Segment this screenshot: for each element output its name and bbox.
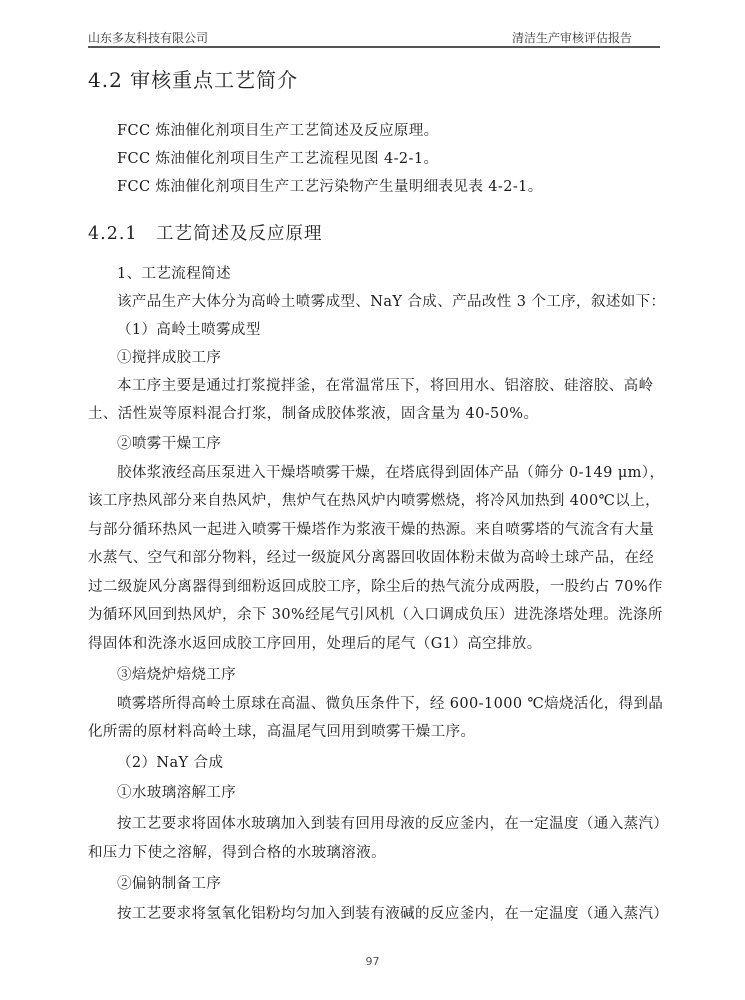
intro-line: FCC 炼油催化剂项目生产工艺简述及反应原理。 bbox=[117, 119, 439, 140]
intro-line: FCC 炼油催化剂项目生产工艺流程见图 4-2-1。 bbox=[117, 147, 438, 168]
paragraph-line: 和压力下使之溶解，得到合格的水玻璃溶液。 bbox=[88, 841, 386, 862]
paragraph-line: 水蒸气、空气和部分物料，经过一级旋风分离器回收固体粉末做为高岭土球产品，在经 bbox=[88, 546, 654, 567]
paragraph-line: 本工序主要是通过打浆搅拌釜，在常温常压下，将回用水、铝溶胶、硅溶胶、高岭 bbox=[117, 374, 653, 395]
paragraph-line: 该产品生产大体分为高岭土喷雾成型、NaY 合成、产品改性 3 个工序，叙述如下： bbox=[117, 290, 665, 311]
paragraph-line: （2）NaY 合成 bbox=[117, 751, 223, 772]
paragraph-line: ②喷雾干燥工序 bbox=[117, 432, 221, 453]
section-title: 4.2 审核重点工艺简介 bbox=[88, 64, 298, 93]
paragraph-line: ①搅拌成胶工序 bbox=[117, 346, 221, 367]
paragraph-line: 1、工艺流程简述 bbox=[117, 262, 231, 283]
page-header: 山东多友科技有限公司 清洁生产审核评估报告 bbox=[88, 28, 660, 48]
paragraph-line: 按工艺要求将固体水玻璃加入到装有回用母液的反应釜内，在一定温度（通入蒸汽） bbox=[117, 812, 668, 833]
paragraph-line: 喷雾塔所得高岭土原球在高温、微负压条件下，经 600-1000 ℃焙烧活化，得到… bbox=[117, 692, 663, 713]
paragraph-line: 按工艺要求将氢氧化铝粉均匀加入到装有液碱的反应釜内，在一定温度（通入蒸汽） bbox=[117, 902, 668, 923]
intro-line: FCC 炼油催化剂项目生产工艺污染物产生量明细表见表 4-2-1。 bbox=[117, 175, 543, 196]
paragraph-line: ①水玻璃溶解工序 bbox=[117, 781, 236, 802]
paragraph-line: 过二级旋风分离器得到细粉返回成胶工序，除尘后的热气流分成两股，一股约占 70%作 bbox=[88, 575, 663, 596]
paragraph-line: 胶体浆液经高压泵进入干燥塔喷雾干燥，在塔底得到固体产品（筛分 0-149 μm）… bbox=[117, 461, 664, 482]
paragraph-line: 土、活性炭等原料混合打浆，制备成胶体浆液，固含量为 40-50%。 bbox=[88, 402, 538, 423]
paragraph-line: ③焙烧炉焙烧工序 bbox=[117, 663, 236, 684]
paragraph-line: （1）高岭土喷雾成型 bbox=[117, 318, 261, 339]
paragraph-line: 该工序热风部分来自热风炉，焦炉气在热风炉内喷雾燃烧，将冷风加热到 400℃以上， bbox=[88, 489, 660, 510]
subsection-title: 4.2.1 工艺简述及反应原理 bbox=[88, 220, 323, 245]
header-company: 山东多友科技有限公司 bbox=[88, 29, 208, 46]
page-number: 97 bbox=[0, 955, 745, 968]
paragraph-line: 得固体和洗涤水返回成胶工序回用，处理后的尾气（G1）高空排放。 bbox=[88, 632, 542, 653]
paragraph-line: ②偏钠制备工序 bbox=[117, 872, 221, 893]
paragraph-line: 为循环风回到热风炉，余下 30%经尾气引风机（入口调成负压）进洗涤塔处理。洗涤所 bbox=[88, 603, 663, 624]
header-report-title: 清洁生产审核评估报告 bbox=[512, 29, 632, 46]
paragraph-line: 化所需的原材料高岭土球，高温尾气回用到喷雾干燥工序。 bbox=[88, 720, 475, 741]
paragraph-line: 与部分循环热风一起进入喷雾干燥塔作为浆液干燥的热源。来自喷雾塔的气流含有大量 bbox=[88, 518, 654, 539]
